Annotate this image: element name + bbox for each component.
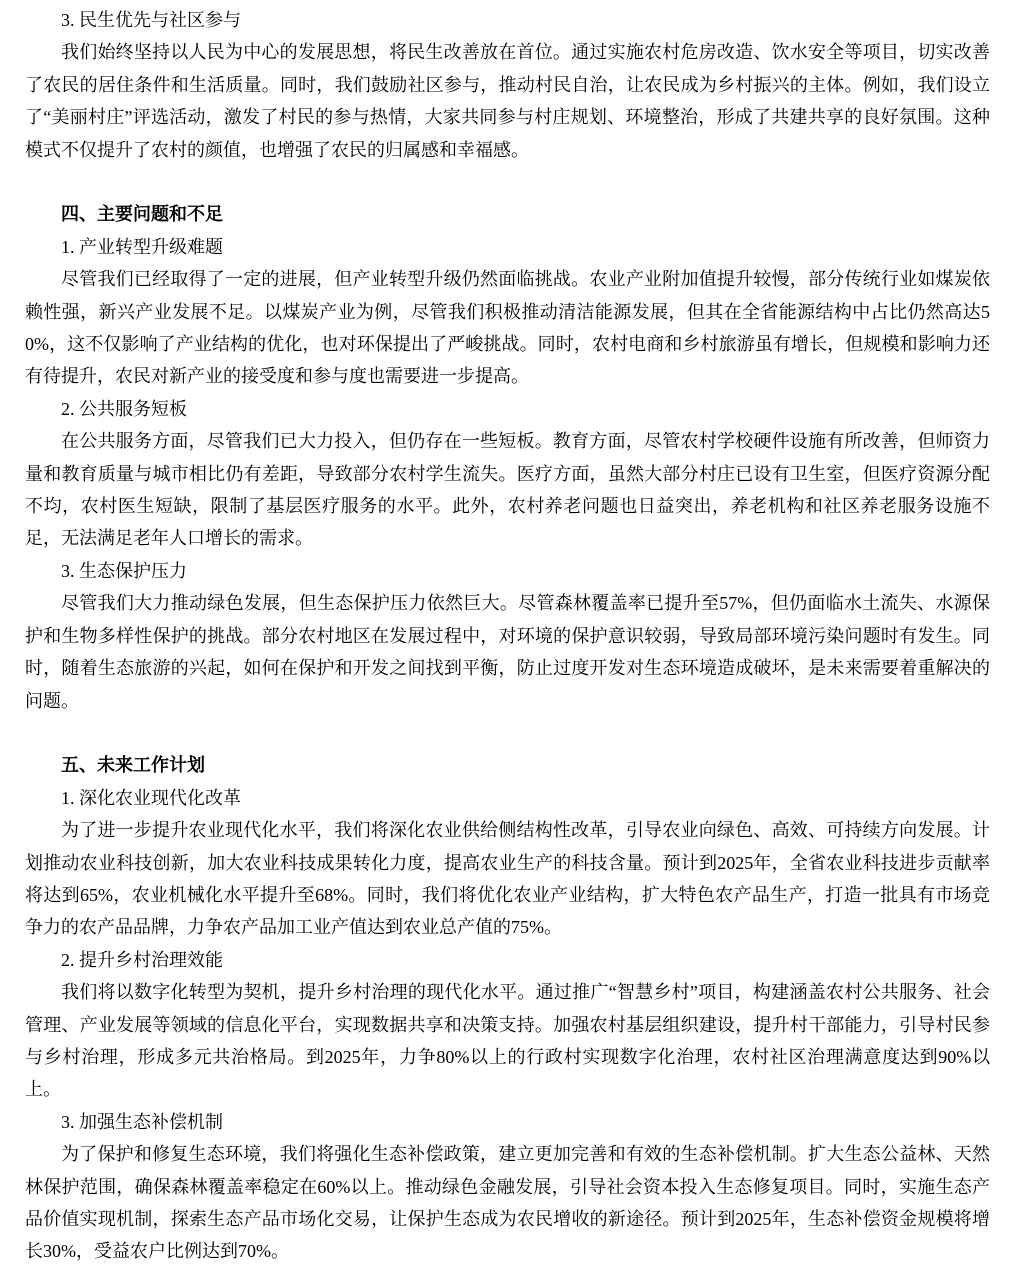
- sub-heading: 1. 产业转型升级难题: [25, 231, 990, 263]
- paragraph: 在公共服务方面，尽管我们已大力投入，但仍存在一些短板。教育方面，尽管农村学校硬件…: [25, 425, 990, 555]
- paragraph: 我们将以数字化转型为契机，提升乡村治理的现代化水平。通过推广“智慧乡村”项目，构…: [25, 976, 990, 1106]
- paragraph: 为了保护和修复生态环境，我们将强化生态补偿政策，建立更加完善和有效的生态补偿机制…: [25, 1138, 990, 1268]
- section-heading: 四、主要问题和不足: [25, 198, 990, 230]
- section-heading: 五、未来工作计划: [25, 749, 990, 781]
- blank-line: [25, 166, 990, 198]
- sub-heading: 1. 深化农业现代化改革: [25, 782, 990, 814]
- sub-heading: 2. 提升乡村治理效能: [25, 944, 990, 976]
- paragraph: 尽管我们已经取得了一定的进展，但产业转型升级仍然面临挑战。农业产业附加值提升较慢…: [25, 263, 990, 393]
- paragraph: 为了进一步提升农业现代化水平，我们将深化农业供给侧结构性改革，引导农业向绿色、高…: [25, 814, 990, 944]
- sub-heading: 3. 生态保护压力: [25, 555, 990, 587]
- sub-heading: 3. 加强生态补偿机制: [25, 1106, 990, 1138]
- paragraph: 我们始终坚持以人民为中心的发展思想，将民生改善放在首位。通过实施农村危房改造、饮…: [25, 36, 990, 166]
- document-page: 3. 民生优先与社区参与 我们始终坚持以人民为中心的发展思想，将民生改善放在首位…: [0, 0, 1020, 1280]
- sub-heading: 3. 民生优先与社区参与: [25, 4, 990, 36]
- paragraph: 尽管我们大力推动绿色发展，但生态保护压力依然巨大。尽管森林覆盖率已提升至57%，…: [25, 587, 990, 717]
- blank-line: [25, 717, 990, 749]
- sub-heading: 2. 公共服务短板: [25, 393, 990, 425]
